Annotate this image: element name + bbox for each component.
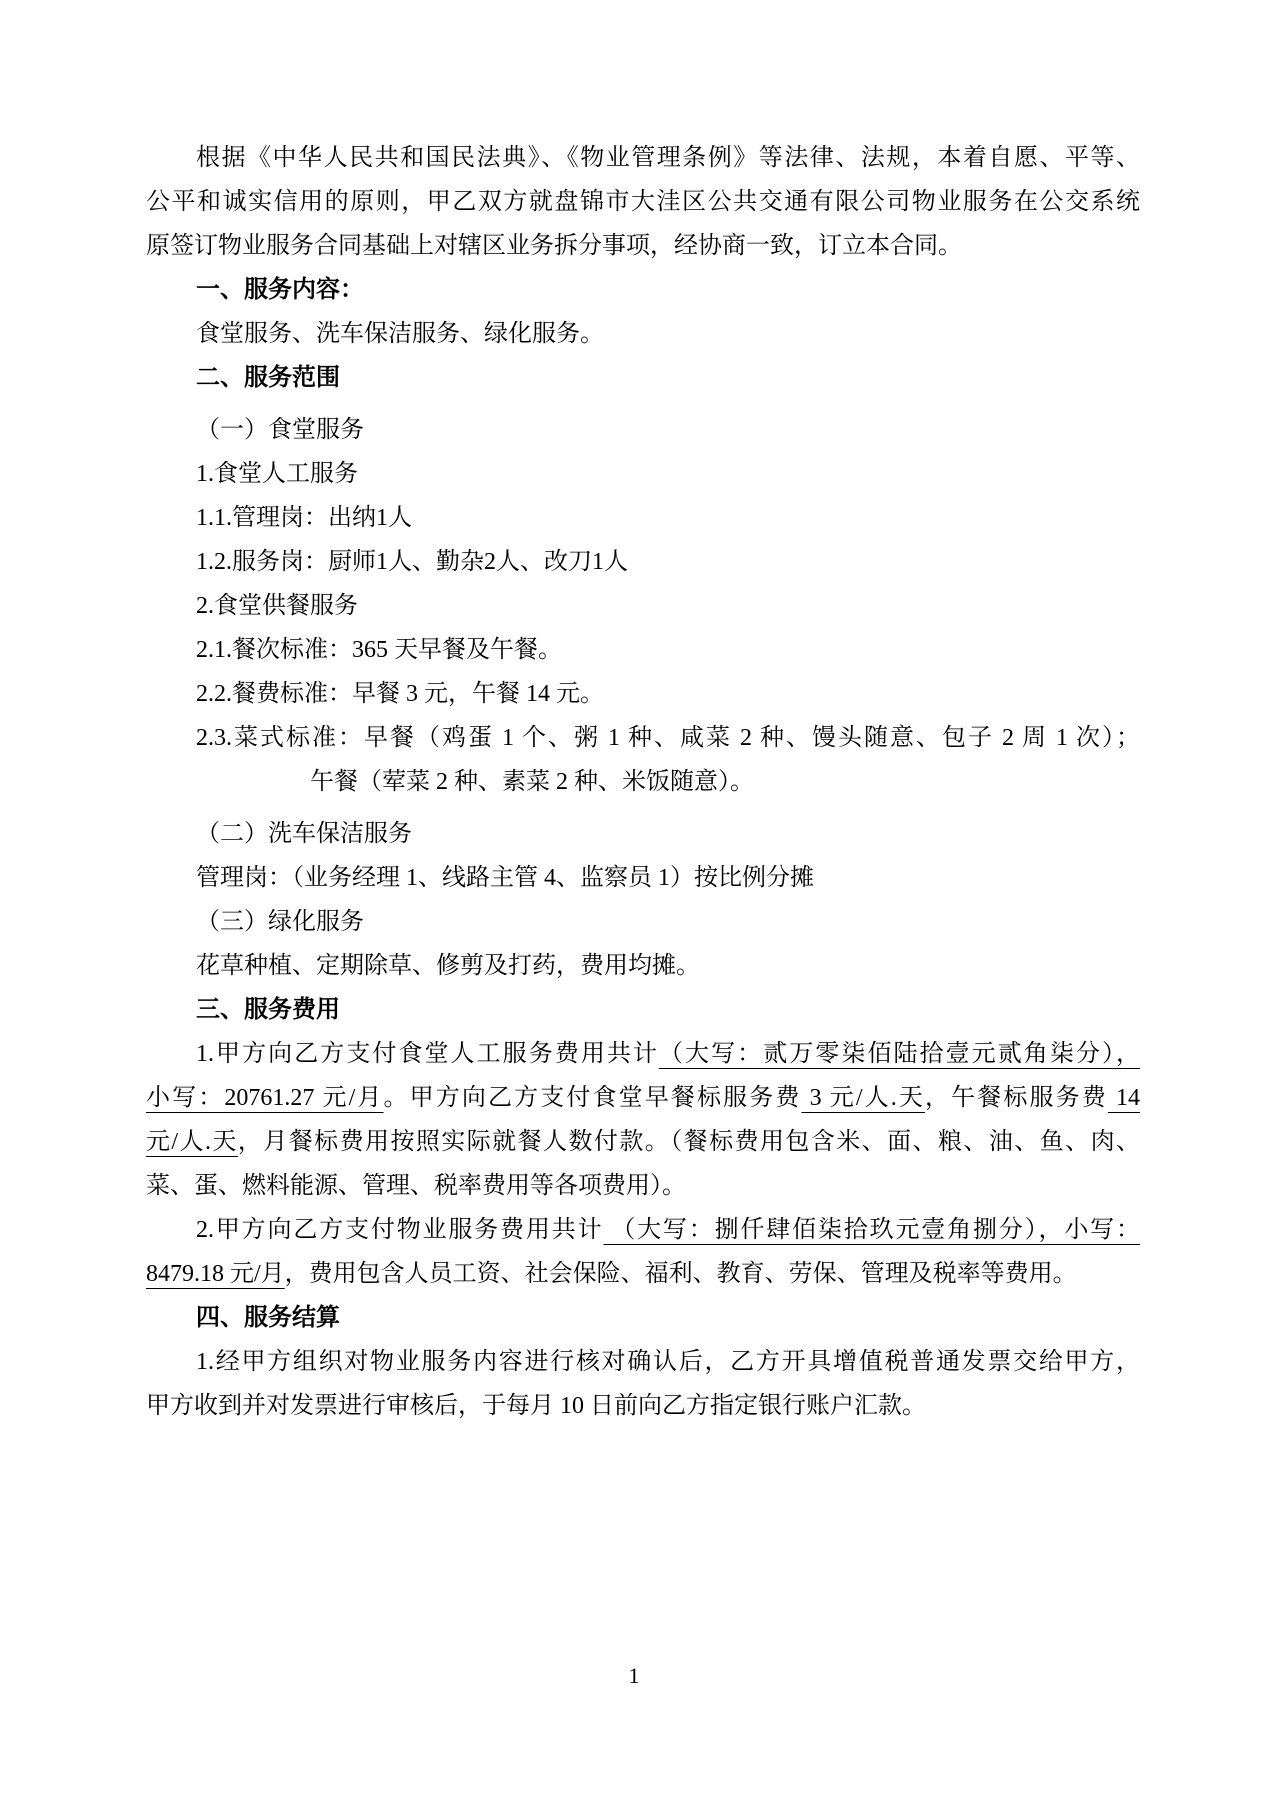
document-body: 根据《中华人民共和国民法典》、《物业管理条例》等法律、法规，本着自愿、平等、公平… bbox=[146, 136, 1140, 1428]
text-line: 2.食堂供餐服务 bbox=[146, 584, 1140, 628]
text-line: 2.3.菜式标准：早餐（鸡蛋 1 个、粥 1 种、咸菜 2 种、馒头随意、包子 … bbox=[146, 716, 1140, 760]
text-segment: 三、服务费用 bbox=[196, 997, 340, 1023]
text-segment: 1.食堂人工服务 bbox=[196, 461, 358, 487]
underlined-text: 3 元/人.天 bbox=[802, 1085, 926, 1111]
text-line: 甲方收到并对发票进行审核后，于每月 10 日前向乙方指定银行账户汇款。 bbox=[146, 1384, 1140, 1428]
text-line: （三）绿化服务 bbox=[146, 900, 1140, 944]
text-line: 8479.18 元/月，费用包含人员工资、社会保险、福利、教育、劳保、管理及税率… bbox=[146, 1252, 1140, 1296]
underlined-text: 14 bbox=[1108, 1085, 1140, 1111]
text-segment: 1.甲方向乙方支付食堂人工服务费用共计 bbox=[196, 1041, 659, 1067]
text-line: 2.1.餐次标准：365 天早餐及午餐。 bbox=[146, 628, 1140, 672]
text-segment: 1.2.服务岗：厨师1人、勤杂2人、改刀1人 bbox=[196, 549, 628, 575]
text-segment: ，午餐标服务费 bbox=[925, 1085, 1108, 1111]
text-line: 四、服务结算 bbox=[146, 1296, 1140, 1340]
text-segment: 2.食堂供餐服务 bbox=[196, 593, 358, 619]
text-segment: 原签订物业服务合同基础上对辖区业务拆分事项，经协商一致，订立本合同。 bbox=[146, 233, 962, 259]
text-line: 一、服务内容： bbox=[146, 268, 1140, 312]
text-line: 三、服务费用 bbox=[146, 988, 1140, 1032]
text-segment: 一、服务内容： bbox=[196, 277, 364, 303]
text-line: 公平和诚实信用的原则，甲乙双方就盘锦市大洼区公共交通有限公司物业服务在公交系统 bbox=[146, 180, 1140, 224]
text-segment: 2.2.餐费标准：早餐 3 元，午餐 14 元。 bbox=[196, 681, 604, 707]
text-segment: 食堂服务、洗车保洁服务、绿化服务。 bbox=[196, 321, 604, 347]
text-line: 二、服务范围 bbox=[146, 356, 1140, 400]
underlined-text: 8479.18 元/月 bbox=[146, 1261, 285, 1287]
text-segment: 二、服务范围 bbox=[196, 365, 340, 391]
text-line: 2.甲方向乙方支付物业服务费用共计 （大写：捌仟肆佰柒拾玖元壹角捌分），小写： bbox=[146, 1208, 1140, 1252]
text-segment: ，月餐标费用按照实际就餐人数付款。（餐标费用包含米、面、粮、油、鱼、肉、 bbox=[238, 1129, 1140, 1155]
text-segment: 甲方收到并对发票进行审核后，于每月 10 日前向乙方指定银行账户汇款。 bbox=[146, 1393, 926, 1419]
text-line: 原签订物业服务合同基础上对辖区业务拆分事项，经协商一致，订立本合同。 bbox=[146, 224, 1140, 268]
text-segment: 。甲方向乙方支付食堂早餐标服务费 bbox=[384, 1085, 802, 1111]
text-segment: 2.1.餐次标准：365 天早餐及午餐。 bbox=[196, 637, 562, 663]
underlined-text: 元/人.天 bbox=[146, 1129, 238, 1155]
text-segment: 四、服务结算 bbox=[196, 1305, 340, 1331]
text-segment: 公平和诚实信用的原则，甲乙双方就盘锦市大洼区公共交通有限公司物业服务在公交系统 bbox=[146, 189, 1140, 215]
text-line: 元/人.天，月餐标费用按照实际就餐人数付款。（餐标费用包含米、面、粮、油、鱼、肉… bbox=[146, 1120, 1140, 1164]
text-line: 1.经甲方组织对物业服务内容进行核对确认后，乙方开具增值税普通发票交给甲方， bbox=[146, 1340, 1140, 1384]
underlined-text: 小写：20761.27 元/月 bbox=[146, 1085, 384, 1111]
text-line: 1.2.服务岗：厨师1人、勤杂2人、改刀1人 bbox=[146, 540, 1140, 584]
underlined-text: （大写：贰万零柒佰陆拾壹元贰角柒分）， bbox=[659, 1041, 1140, 1067]
text-line: 小写：20761.27 元/月。甲方向乙方支付食堂早餐标服务费 3 元/人.天，… bbox=[146, 1076, 1140, 1120]
text-segment: 2.3.菜式标准：早餐（鸡蛋 1 个、粥 1 种、咸菜 2 种、馒头随意、包子 … bbox=[196, 725, 1140, 751]
text-line: 1.1.管理岗：出纳1人 bbox=[146, 496, 1140, 540]
text-segment: ，费用包含人员工资、社会保险、福利、教育、劳保、管理及税率等费用。 bbox=[285, 1261, 1077, 1287]
text-line: 根据《中华人民共和国民法典》、《物业管理条例》等法律、法规，本着自愿、平等、 bbox=[146, 136, 1140, 180]
text-segment: 1.经甲方组织对物业服务内容进行核对确认后，乙方开具增值税普通发票交给甲方， bbox=[196, 1349, 1140, 1375]
text-line: 2.2.餐费标准：早餐 3 元，午餐 14 元。 bbox=[146, 672, 1140, 716]
text-segment: 1.1.管理岗：出纳1人 bbox=[196, 505, 412, 531]
text-segment: 根据《中华人民共和国民法典》、《物业管理条例》等法律、法规，本着自愿、平等、 bbox=[196, 145, 1140, 171]
text-segment: 花草种植、定期除草、修剪及打药，费用均摊。 bbox=[196, 953, 700, 979]
underlined-text: （大写：捌仟肆佰柒拾玖元壹角捌分），小写： bbox=[603, 1217, 1140, 1243]
text-line: 食堂服务、洗车保洁服务、绿化服务。 bbox=[146, 312, 1140, 356]
text-line: 花草种植、定期除草、修剪及打药，费用均摊。 bbox=[146, 944, 1140, 988]
text-segment: （一）食堂服务 bbox=[196, 417, 364, 443]
text-line: （二）洗车保洁服务 bbox=[146, 812, 1140, 856]
text-segment: （三）绿化服务 bbox=[196, 909, 364, 935]
text-line: 菜、蛋、燃料能源、管理、税率费用等各项费用）。 bbox=[146, 1164, 1140, 1208]
text-segment: 午餐（荤菜 2 种、素菜 2 种、米饭随意）。 bbox=[310, 769, 754, 795]
text-line: 午餐（荤菜 2 种、素菜 2 种、米饭随意）。 bbox=[146, 760, 1140, 804]
page-number: 1 bbox=[0, 1662, 1268, 1690]
text-line: 1.甲方向乙方支付食堂人工服务费用共计（大写：贰万零柒佰陆拾壹元贰角柒分）， bbox=[146, 1032, 1140, 1076]
text-segment: 管理岗：（业务经理 1、线路主管 4、监察员 1）按比例分摊 bbox=[196, 865, 814, 891]
text-segment: 菜、蛋、燃料能源、管理、税率费用等各项费用）。 bbox=[146, 1173, 686, 1199]
text-line: 1.食堂人工服务 bbox=[146, 452, 1140, 496]
text-line: （一）食堂服务 bbox=[146, 408, 1140, 452]
text-line: 管理岗：（业务经理 1、线路主管 4、监察员 1）按比例分摊 bbox=[146, 856, 1140, 900]
text-segment: （二）洗车保洁服务 bbox=[196, 821, 412, 847]
text-segment: 2.甲方向乙方支付物业服务费用共计 bbox=[196, 1217, 603, 1243]
